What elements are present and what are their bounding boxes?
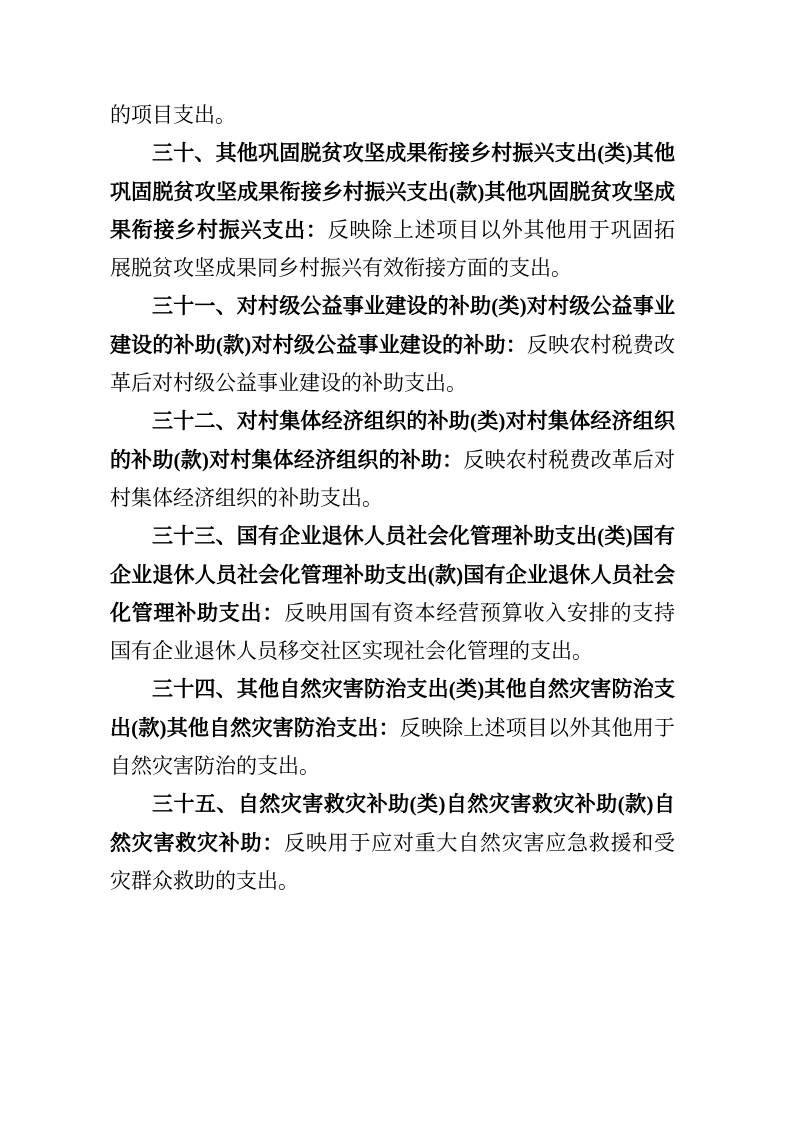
paragraph-item-34: 三十四、其他自然灾害防治支出(类)其他自然灾害防治支出(款)其他自然灾害防治支出… [110, 670, 675, 785]
paragraph-continuation: 的项目支出。 [110, 96, 675, 134]
document-page: 的项目支出。 三十、其他巩固脱贫攻坚成果衔接乡村振兴支出(类)其他巩固脱贫攻坚成… [0, 0, 793, 1122]
document-body: 的项目支出。 三十、其他巩固脱贫攻坚成果衔接乡村振兴支出(类)其他巩固脱贫攻坚成… [110, 96, 675, 900]
paragraph-item-31: 三十一、对村级公益事业建设的补助(类)对村级公益事业建设的补助(款)对村级公益事… [110, 287, 675, 402]
paragraph-item-33: 三十三、国有企业退休人员社会化管理补助支出(类)国有企业退休人员社会化管理补助支… [110, 517, 675, 670]
paragraph-item-32: 三十二、对村集体经济组织的补助(类)对村集体经济组织的补助(款)对村集体经济组织… [110, 402, 675, 517]
paragraph-item-30: 三十、其他巩固脱贫攻坚成果衔接乡村振兴支出(类)其他巩固脱贫攻坚成果衔接乡村振兴… [110, 134, 675, 287]
paragraph-body-text: 的项目支出。 [110, 103, 236, 127]
paragraph-item-35: 三十五、自然灾害救灾补助(类)自然灾害救灾补助(款)自然灾害救灾补助：反映用于应… [110, 785, 675, 900]
